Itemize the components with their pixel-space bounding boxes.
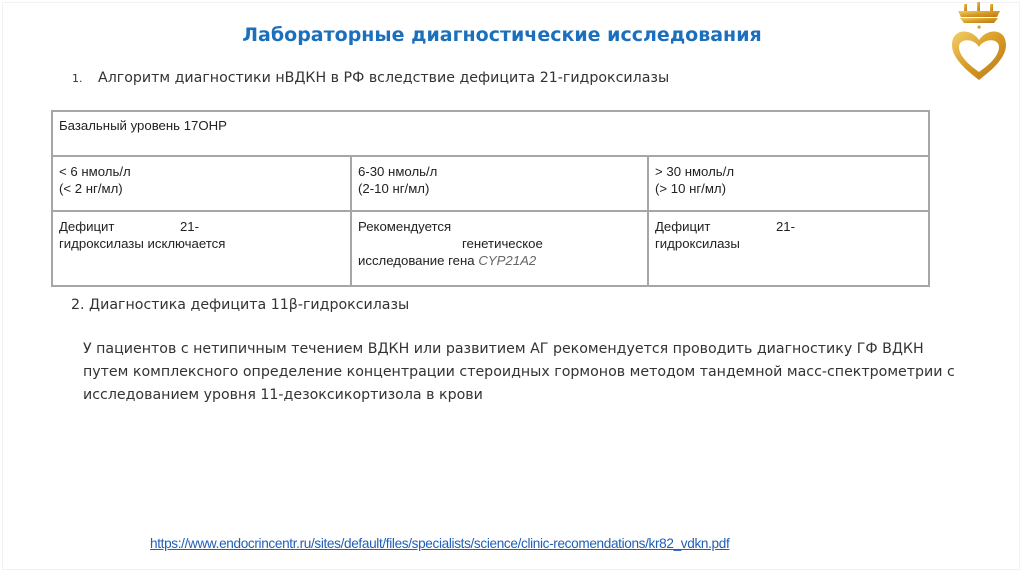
source-link[interactable]: https://www.endocrincentr.ru/sites/defau… [150,536,729,551]
table-row: Дефицит21- гидроксилазы исключается Реко… [52,211,929,286]
outcome-word: 21- [180,218,199,235]
paragraph-line: У пациентов с нетипичным течением ВДКН и… [83,338,983,361]
outcome-text: исследование гена [358,253,475,268]
table-cell: Рекомендуется генетическое исследование … [351,211,648,286]
list-item-text: Алгоритм диагностики нВДКН в РФ вследств… [98,70,669,86]
level-line: (2-10 нг/мл) [358,180,642,197]
level-line: > 30 нмоль/л [655,163,923,180]
table-cell: < 6 нмоль/л (< 2 нг/мл) [52,156,351,211]
table-cell: > 30 нмоль/л (> 10 нг/мл) [648,156,929,211]
list-item-1: 1.Алгоритм диагностики нВДКН в РФ вследс… [72,70,669,86]
list-number: 1. [72,72,98,85]
outcome-line: гидроксилазы [655,235,923,252]
gene-name: CYP21A2 [478,253,536,268]
level-line: (> 10 нг/мл) [655,180,923,197]
outcome-word: Дефицит [655,218,710,235]
table-header-cell: Базальный уровень 17OHP [52,111,929,156]
outcome-line: генетическое [358,235,642,252]
paragraph-line: исследованием уровня 11-дезоксикортизола… [83,384,983,407]
table-cell: Дефицит21- гидроксилазы исключается [52,211,351,286]
table-cell: Дефицит21- гидроксилазы [648,211,929,286]
golden-heart-crown-logo-icon [944,0,1014,88]
level-line: 6-30 нмоль/л [358,163,642,180]
table-row: Базальный уровень 17OHP [52,111,929,156]
slide-title: Лабораторные диагностические исследовани… [0,24,1004,46]
outcome-line: Рекомендуется [358,218,642,235]
recommendation-paragraph: У пациентов с нетипичным течением ВДКН и… [83,338,983,407]
paragraph-line: путем комплексного определение концентра… [83,361,983,384]
outcome-word: 21- [776,218,795,235]
outcome-word: Дефицит [59,218,114,235]
outcome-line: гидроксилазы исключается [59,235,345,252]
table-cell: 6-30 нмоль/л (2-10 нг/мл) [351,156,648,211]
level-line: (< 2 нг/мл) [59,180,345,197]
outcome-line: исследование гена CYP21A2 [358,252,642,269]
level-line: < 6 нмоль/л [59,163,345,180]
list-item-2: 2. Диагностика дефицита 11β-гидроксилазы [71,297,409,313]
diagnostic-algorithm-table: Базальный уровень 17OHP < 6 нмоль/л (< 2… [51,110,930,287]
table-row: < 6 нмоль/л (< 2 нг/мл) 6-30 нмоль/л (2-… [52,156,929,211]
